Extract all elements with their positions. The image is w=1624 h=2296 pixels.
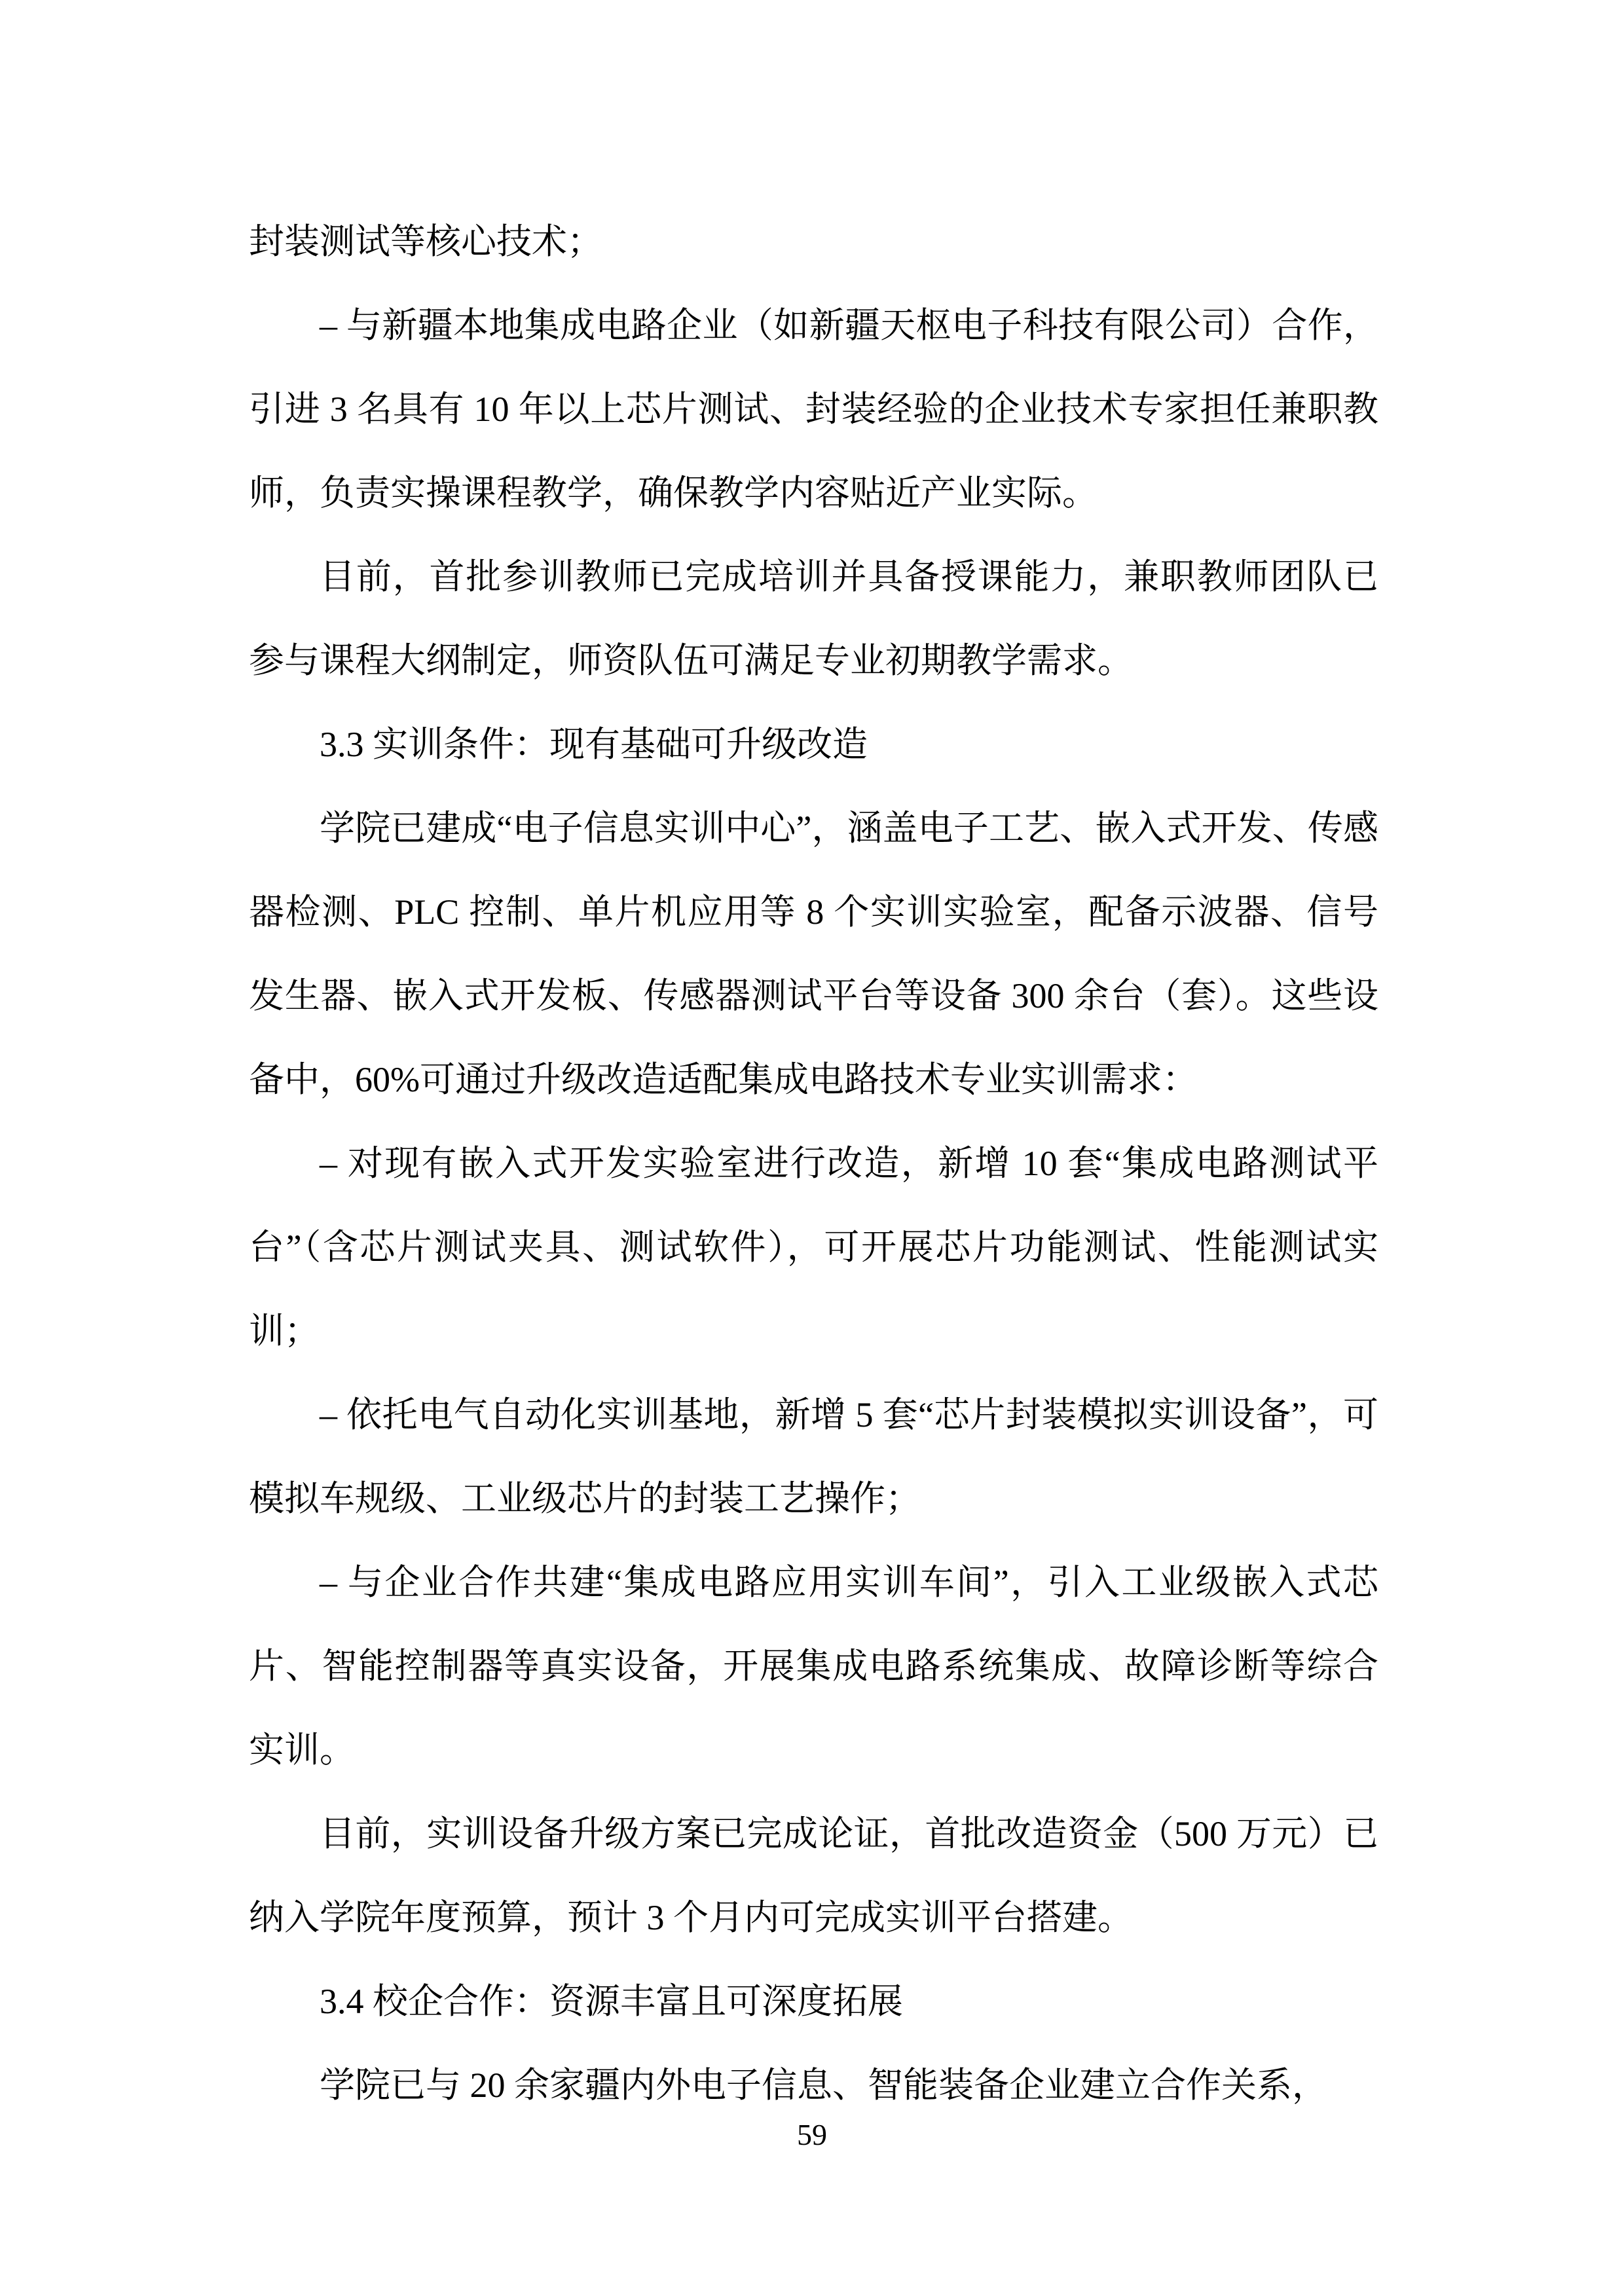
document-page: 封装测试等核心技术；– 与新疆本地集成电路企业（如新疆天枢电子科技有限公司）合作… — [0, 0, 1624, 2296]
paragraph: – 与新疆本地集成电路企业（如新疆天枢电子科技有限公司）合作，引进 3 名具有 … — [249, 283, 1378, 535]
paragraph: 学院已建成“电子信息实训中心”，涵盖电子工艺、嵌入式开发、传感器检测、PLC 控… — [249, 786, 1378, 1121]
paragraph: – 依托电气自动化实训基地，新增 5 套“芯片封装模拟实训设备”，可模拟车规级、… — [249, 1373, 1378, 1540]
paragraph: 封装测试等核心技术； — [249, 200, 1378, 283]
paragraph: 学院已与 20 余家疆内外电子信息、智能装备企业建立合作关系， — [249, 2043, 1378, 2127]
document-body: 封装测试等核心技术；– 与新疆本地集成电路企业（如新疆天枢电子科技有限公司）合作… — [249, 200, 1378, 2127]
paragraph: 目前，实训设备升级方案已完成论证，首批改造资金（500 万元）已纳入学院年度预算… — [249, 1792, 1378, 1959]
paragraph: 3.4 校企合作：资源丰富且可深度拓展 — [249, 1959, 1378, 2043]
page-number: 59 — [0, 2117, 1624, 2153]
paragraph: 3.3 实训条件：现有基础可升级改造 — [249, 702, 1378, 786]
paragraph: – 对现有嵌入式开发实验室进行改造，新增 10 套“集成电路测试平台”（含芯片测… — [249, 1121, 1378, 1373]
paragraph: – 与企业合作共建“集成电路应用实训车间”，引入工业级嵌入式芯片、智能控制器等真… — [249, 1540, 1378, 1792]
paragraph: 目前，首批参训教师已完成培训并具备授课能力，兼职教师团队已参与课程大纲制定，师资… — [249, 535, 1378, 702]
